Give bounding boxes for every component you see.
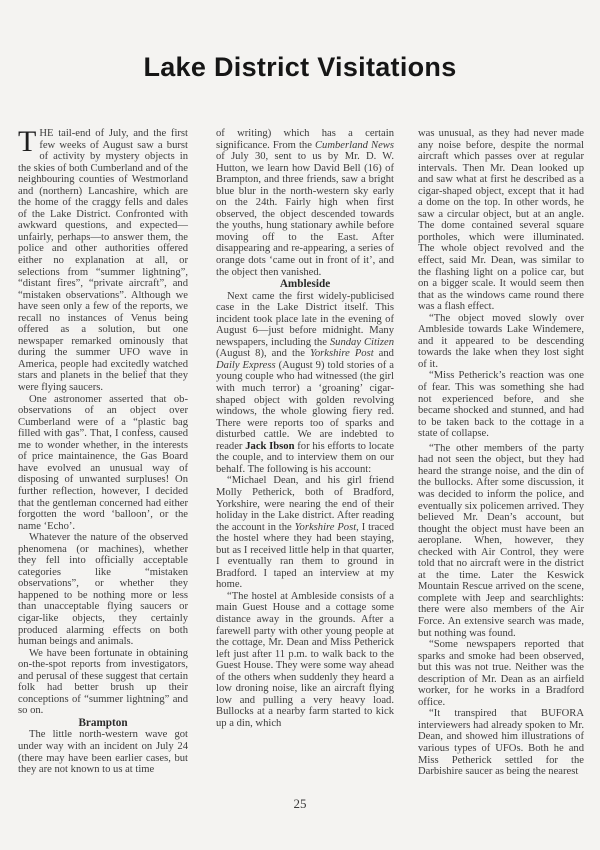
section-heading-brampton: Brampton [18, 718, 188, 730]
paragraph: of writing) which has a certain signific… [216, 128, 394, 278]
paragraph-text: (August 8), and the [216, 348, 310, 359]
article-title: Lake District Visitations [0, 52, 600, 83]
paragraph: Next came the first widely-publicised ca… [216, 291, 394, 476]
paragraph-text: (August 9) told stories of a young coupl… [216, 360, 394, 452]
publication-name: Yorkshire Post [295, 522, 357, 533]
paragraph: “Michael Dean, and his girl friend Molly… [216, 475, 394, 590]
reader-name: Jack Ibson [245, 441, 294, 452]
paragraph: “Some newspapers reported that sparks an… [418, 639, 584, 708]
paragraph: “It transpired that BUFORA interviewers … [418, 708, 584, 777]
drop-cap: T [18, 130, 36, 154]
paragraph-text: HE tail-end of July, and the first few w… [18, 128, 188, 393]
publication-name: Yorkshire Post [310, 348, 374, 359]
publication-name: Sunday Citizen [330, 337, 394, 348]
paragraph-text: of July 30, sent to us by Mr. D. W. Hutt… [216, 151, 394, 277]
paragraph: “The other members of the party had not … [418, 443, 584, 639]
paragraph: One astronomer asserted that ob-observat… [18, 394, 188, 533]
paragraph: “The hostel at Ambleside consists of a m… [216, 591, 394, 730]
paragraph: THE tail-end of July, and the first few … [18, 128, 188, 394]
paragraph: “Miss Petherick’s reaction was one of fe… [418, 370, 584, 439]
paragraph: The little north-western wave got under … [18, 729, 188, 775]
page-number: 25 [0, 796, 600, 812]
article-column-3: was unusual, as they had never made any … [418, 128, 584, 778]
article-column-2: of writing) which has a certain signific… [216, 128, 394, 729]
paragraph: Whatever the nature of the observed phen… [18, 532, 188, 647]
article-column-1: THE tail-end of July, and the first few … [18, 128, 188, 776]
publication-name: Daily Express [216, 360, 276, 371]
publication-name: Cumberland News [315, 140, 394, 151]
paragraph: was unusual, as they had never made any … [418, 128, 584, 313]
paragraph: “The object moved slowly over Ambleside … [418, 313, 584, 371]
paragraph-text: and [374, 348, 394, 359]
section-heading-ambleside: Ambleside [216, 279, 394, 291]
paragraph: We have been fortunate in obtaining on-t… [18, 648, 188, 717]
